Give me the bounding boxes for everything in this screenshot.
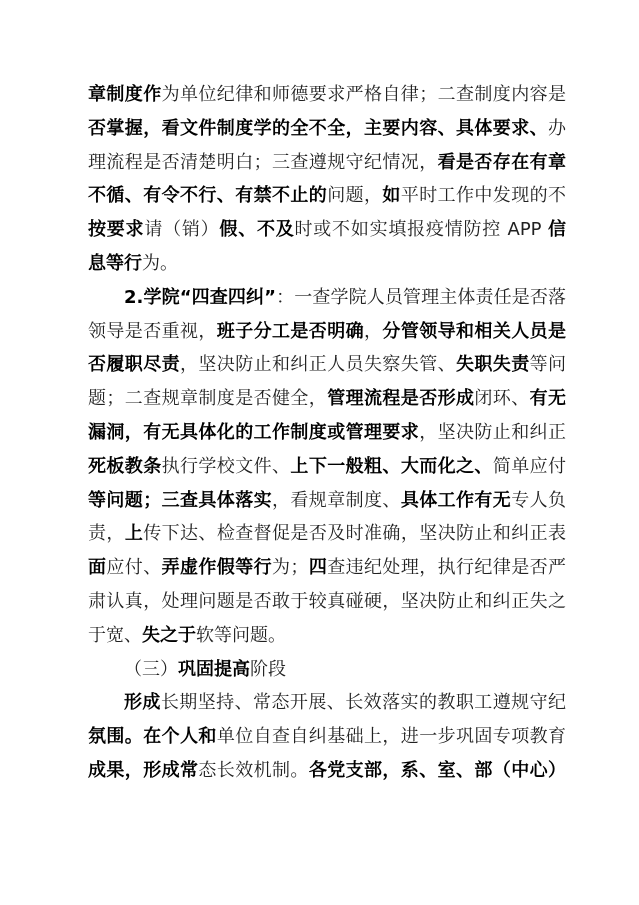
text-segment: 如 — [382, 185, 400, 206]
text-line: 于宽、失之于软等问题。 — [88, 619, 566, 653]
text-segment: 肃认真，处理问题是否敢于较真碰硬，坚决防止和纠正失之 — [88, 591, 566, 612]
text-segment: 各党支部，系、室、部（中心） — [309, 760, 566, 781]
text-line: （三）巩固提高阶段 — [88, 653, 566, 687]
text-segment: 巩固提高 — [178, 659, 250, 680]
text-line: 题；二查规章制度是否健全，管理流程是否形成闭环、有无 — [88, 382, 566, 416]
text-segment: 不循、有令不行、有禁不止的 — [88, 185, 327, 206]
text-line: 领导是否重视，班子分工是否明确，分管领导和相关人员是 — [88, 315, 566, 349]
text-segment: 有无 — [530, 388, 566, 409]
text-line: 息等行为。 — [88, 247, 566, 281]
text-segment: 信 — [548, 219, 566, 240]
text-segment: 看是否存在有章 — [438, 152, 566, 173]
text-segment: 面 — [88, 557, 106, 578]
text-segment: 具体工作有无 — [401, 490, 511, 511]
text-segment: 查违纪处理，执行纪律是否严 — [327, 557, 566, 578]
document-page: 章制度作为单位纪律和师德要求严格自律；二查制度内容是否掌握，看文件制度学的全不全… — [0, 0, 639, 905]
text-segment: ， — [364, 321, 382, 342]
text-line: 按要求请（销）假、不及时或不如实填报疫情防控 APP 信 — [88, 213, 566, 247]
text-segment: 失职失责 — [456, 354, 530, 375]
text-line: 成果，形成常态长效机制。各党支部，系、室、部（中心） — [88, 754, 566, 788]
text-segment: 分管领导和相关人员是 — [382, 321, 566, 342]
text-line: 形成长期坚持、常态开展、长效落实的教职工遵规守纪 — [88, 686, 566, 720]
text-segment: 时或不如实填报疫情防控 APP — [295, 219, 549, 240]
text-segment: 管理流程是否形成 — [327, 388, 474, 409]
text-line: 2.学院“四查四纠”：一查学院人员管理主体责任是否落实， — [88, 281, 566, 315]
text-segment: 为。 — [142, 253, 178, 274]
text-line: 理流程是否清楚明白；三查遵规守纪情况，看是否存在有章 — [88, 146, 566, 180]
text-segment: 否掌握，看文件制度学的全不全，主要内容、具体要求、 — [88, 118, 548, 139]
text-segment: 闭环、 — [474, 388, 529, 409]
text-segment: 态长效机制。 — [198, 760, 308, 781]
text-line: 章制度作为单位纪律和师德要求严格自律；二查制度内容是 — [88, 78, 566, 112]
text-line: 等问题；三查具体落实，看规章制度、具体工作有无专人负 — [88, 484, 566, 518]
text-line: 肃认真，处理问题是否敢于较真碰硬，坚决防止和纠正失之 — [88, 585, 566, 619]
text-segment: 软等问题。 — [196, 625, 286, 646]
text-segment: ，坚决防止和纠正人员失察失管、 — [180, 354, 456, 375]
text-segment: 上 — [125, 523, 143, 544]
text-segment: 应付、 — [106, 557, 161, 578]
text-segment: 于宽、 — [88, 625, 142, 646]
text-segment: 理流程是否清楚明白；三查遵规守纪情况， — [88, 152, 438, 173]
text-segment: 执行学校文件、 — [162, 456, 291, 477]
text-segment: 办 — [548, 118, 566, 139]
text-line: 否掌握，看文件制度学的全不全，主要内容、具体要求、办 — [88, 112, 566, 146]
text-line: 死板教条执行学校文件、上下一般粗、大而化之、简单应付 — [88, 450, 566, 484]
text-segment: 请（销） — [144, 219, 219, 240]
text-segment: 否履职尽责 — [88, 354, 180, 375]
text-segment: 失之于 — [142, 625, 196, 646]
text-segment: 问题， — [327, 185, 382, 206]
text-segment: 四 — [308, 557, 327, 578]
text-segment: 形成 — [124, 692, 161, 713]
text-segment: 等问题；三查具体落实 — [88, 490, 272, 511]
text-segment: 氛围。在个人和 — [88, 726, 217, 747]
text-segment: 传下达、检查督促是否及时准确，坚决防止和纠正表 — [143, 523, 566, 544]
text-segment: 成果，形成常 — [88, 760, 198, 781]
text-segment: ，坚决防止和纠正 — [419, 422, 566, 443]
text-segment: 题；二查规章制度是否健全， — [88, 388, 327, 409]
text-segment: 长期坚持、常态开展、长效落实的教职工遵规守纪 — [161, 692, 566, 713]
text-segment: 专人负 — [511, 490, 566, 511]
text-segment: 章制度作 — [88, 84, 162, 105]
text-segment: 责， — [88, 523, 125, 544]
text-segment: 漏洞，有无具体化的工作制度或管理要求 — [88, 422, 419, 443]
text-segment: 2.学院“四查四纠” — [124, 287, 276, 308]
text-segment: 简单应付 — [493, 456, 566, 477]
text-line: 氛围。在个人和单位自查自纠基础上，进一步巩固专项教育 — [88, 720, 566, 754]
text-segment: 领导是否重视， — [88, 321, 217, 342]
text-line: 责，上传下达、检查督促是否及时准确，坚决防止和纠正表 — [88, 517, 566, 551]
text-segment: 平时工作中发现的不 — [401, 185, 566, 206]
text-segment: ，看规章制度、 — [272, 490, 401, 511]
text-segment: 死板教条 — [88, 456, 162, 477]
document-text: 章制度作为单位纪律和师德要求严格自律；二查制度内容是否掌握，看文件制度学的全不全… — [88, 78, 566, 788]
text-segment: 为； — [272, 557, 308, 578]
text-segment: 假、不及 — [219, 219, 294, 240]
text-segment: 上下一般粗、大而化之、 — [290, 456, 492, 477]
text-segment: 班子分工是否明确 — [217, 321, 364, 342]
text-segment: 等问 — [530, 354, 566, 375]
text-segment: 单位自查自纠基础上，进一步巩固专项教育 — [217, 726, 566, 747]
text-segment: 阶段 — [250, 659, 286, 680]
text-line: 漏洞，有无具体化的工作制度或管理要求，坚决防止和纠正 — [88, 416, 566, 450]
text-line: 否履职尽责，坚决防止和纠正人员失察失管、失职失责等问 — [88, 348, 566, 382]
text-line: 不循、有令不行、有禁不止的问题，如平时工作中发现的不 — [88, 179, 566, 213]
text-line: 面应付、弄虚作假等行为；四查违纪处理，执行纪律是否严 — [88, 551, 566, 585]
text-segment: 息等行 — [88, 253, 142, 274]
text-segment: 为单位纪律和师德要求严格自律；二查制度内容是 — [162, 84, 566, 105]
text-segment: （三） — [124, 659, 178, 680]
text-segment: 按要求 — [88, 219, 144, 240]
text-segment: 弄虚作假等行 — [162, 557, 272, 578]
